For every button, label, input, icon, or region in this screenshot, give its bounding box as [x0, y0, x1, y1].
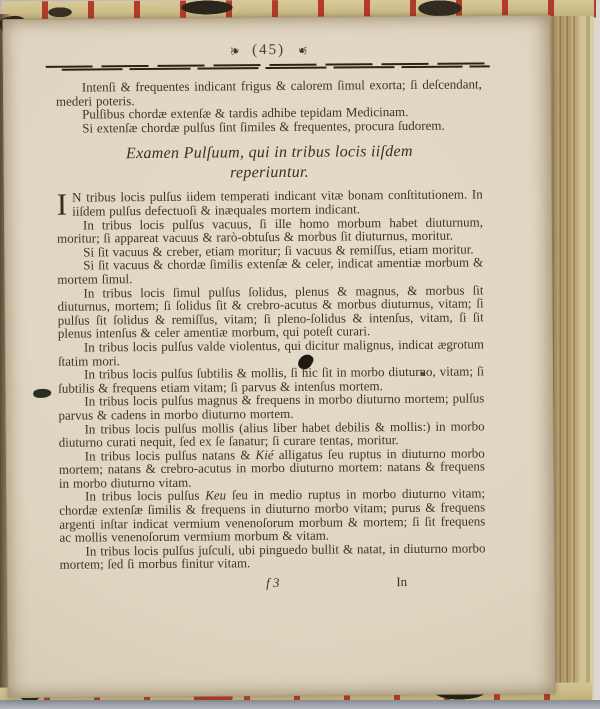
opening-paragraph: IN tribus locis pulſus iidem temperati i… [57, 188, 483, 219]
catchword: In [396, 574, 407, 590]
drop-cap-letter: I [57, 191, 73, 217]
book-page: ❦ (45) ❦ Intenſi & frequentes indicant f… [2, 15, 555, 698]
running-head: ❦ (45) ❦ [56, 40, 482, 60]
paragraph: Intenſi & frequentes indicant frigus & c… [56, 77, 482, 108]
table-surface [0, 700, 600, 709]
paragraph: Si extenſæ chordæ pulſus ſint ſimiles & … [56, 118, 482, 135]
page-content: ❦ (45) ❦ Intenſi & frequentes indicant f… [56, 40, 486, 592]
paragraph: In tribus locis ſimul pulſus ſolidus, pl… [57, 283, 483, 341]
paragraph: In tribus locis pulſus Keu ſeu in medio … [59, 487, 485, 545]
fleuron-icon: ❦ [228, 46, 241, 55]
section-heading-line2: reperiuntur. [56, 161, 482, 184]
page-number: (45) [252, 42, 285, 58]
ink-blot [33, 389, 51, 398]
paragraph: In tribus locis pulſus mollis (alius lib… [59, 419, 485, 450]
fore-edge-pages [550, 16, 594, 699]
signature-mark: f 3 [266, 575, 280, 591]
intro-paragraphs: Intenſi & frequentes indicant frigus & c… [56, 77, 482, 135]
paragraph: In tribus locis pulſus juſculi, ubi ping… [59, 541, 485, 572]
body-paragraphs: IN tribus locis pulſus iidem temperati i… [57, 188, 486, 572]
direction-line: f 3 In [60, 573, 486, 592]
paragraph: In tribus locis pulſus magnus & frequens… [58, 392, 484, 423]
head-rule [46, 62, 490, 71]
paragraph: Si ſit vacuus & chordæ ſimilis extenſæ &… [57, 256, 483, 287]
book-scan: ❦ (45) ❦ Intenſi & frequentes indicant f… [0, 0, 600, 709]
paragraph: In tribus locis pulſus natans & Kié alli… [59, 446, 485, 490]
section-heading: Examen Pulſuum, qui in tribus locis iiſd… [56, 142, 482, 184]
fleuron-icon: ❦ [296, 46, 309, 55]
